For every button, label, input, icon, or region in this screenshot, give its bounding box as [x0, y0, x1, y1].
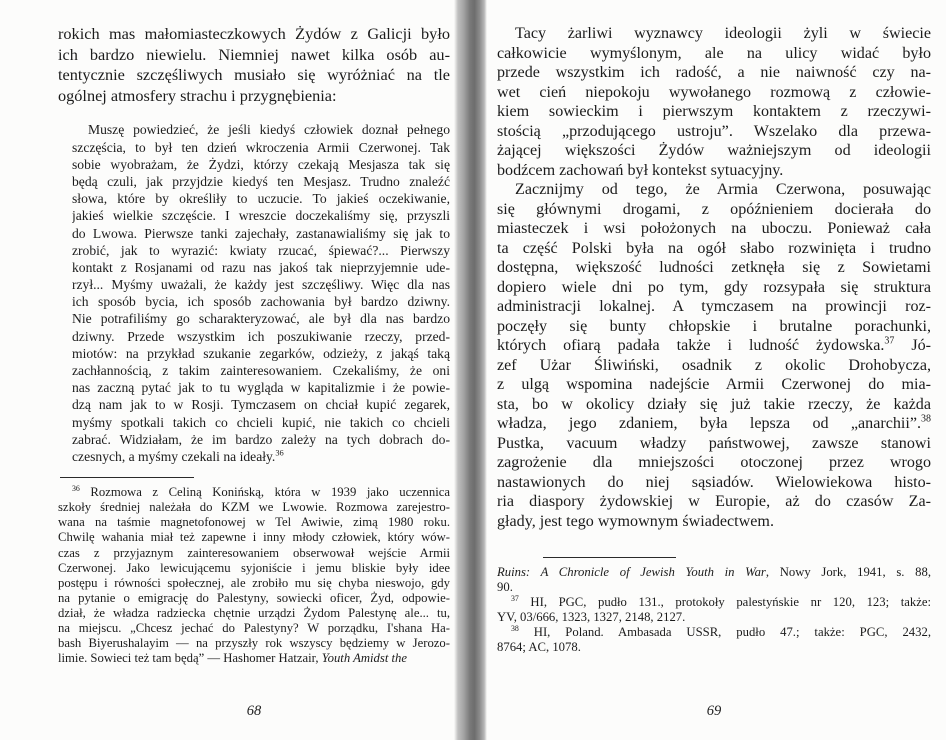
footnote-36: 36 Rozmowa z Celiną Konińską, która w 19…: [58, 485, 450, 666]
body-paragraph: rokich mas małomiasteczkowych Żydów z Ga…: [58, 24, 450, 106]
text-line: z ulgą wspomina nadejście Armii Czerwone…: [497, 375, 931, 395]
text-line: głady, jest tego wymownym świadectwem.: [497, 512, 931, 532]
text-line: zrobić, jak to wyrazić: kwiaty rzucać, ś…: [72, 242, 450, 259]
text-line: ta część Polski była na ogół słabo rozwi…: [497, 239, 931, 259]
text-line: ich sposób bycia, ich sposób zachowania …: [72, 293, 450, 310]
text-line: administracji lokalnej. A tymczasem na p…: [497, 297, 931, 317]
text-line: szczęścia, to był ten dzień wkroczenia A…: [72, 139, 450, 156]
text-line: ich bardzo niewielu. Niemniej nawet kilk…: [58, 45, 450, 66]
text-line: dopiero wiele dni po tym, gdy rozsypała …: [497, 278, 931, 298]
text-line: Pustka, vacuum władzy państwowej, zawsze…: [497, 434, 931, 454]
page-number-left: 68: [58, 703, 450, 720]
footnote-38: 38 HI, Poland. Ambasada USSR, pudło 47.;…: [497, 625, 931, 655]
page-number-right: 69: [497, 703, 931, 720]
text-line: nastawionych do niej sąsiadów. Wielowiek…: [497, 473, 931, 493]
text-line: nas zaczną pytać jak to tu wygląda w kap…: [72, 379, 450, 396]
text-line: zabrać. Widziałam, że im bardzo zależy n…: [72, 431, 450, 448]
text-line: przede wszystkim ich radość, a nie naiwn…: [497, 63, 931, 83]
text-line: czas z przyjaznym zainteresowaniem obser…: [58, 546, 450, 561]
text-line: tentycznie szczęśliwych musiało się wyró…: [58, 65, 450, 86]
footnote-rule: [60, 477, 194, 478]
text-line: bodźcem zachowań był kontekst sytuacyjny…: [497, 161, 931, 181]
text-line: zagrożenie dla mniejszości otoczonej prz…: [497, 453, 931, 473]
text-line: Nie potrafiliśmy go scharakteryzować, al…: [72, 310, 450, 327]
text-line: na pytanie o emigrację do Palestyny, sow…: [58, 591, 450, 606]
text-line: Ruins: A Chronicle of Jewish Youth in Wa…: [497, 565, 931, 580]
text-line: dziwny. Przede wszystkim ich poszukiwani…: [72, 328, 450, 345]
text-line: się głównymi drogami, z opóźnieniem doci…: [497, 200, 931, 220]
text-line: słowa, które by określiły to uczucie. To…: [72, 190, 450, 207]
text-line: żającej większości Żydów ważniejszym od …: [497, 141, 931, 161]
footnote-36-continued: Ruins: A Chronicle of Jewish Youth in Wa…: [497, 565, 931, 595]
text-line: będą czuli, jak przyjdzie kiedyś ten Mes…: [72, 173, 450, 190]
book-gutter-shadow: [454, 0, 487, 740]
text-line: dostępna, większość ludności zetknęła si…: [497, 258, 931, 278]
text-line: czesnych, a myśmy czekali na ideały.36: [72, 448, 450, 465]
text-line: dzą nam jak to w Rosji. Tymczasem on chc…: [72, 396, 450, 413]
text-line: szkoły średniej należała do KZM we Lwowi…: [58, 500, 450, 515]
text-line: do Lwowa. Pierwsze tanki zajechały, zast…: [72, 225, 450, 242]
text-line: Muszę powiedzieć, że jeśli kiedyś człowi…: [72, 121, 450, 138]
text-line: myśmy spotkali takich co chcieli kupić, …: [72, 414, 450, 431]
text-line: 38 HI, Poland. Ambasada USSR, pudło 47.;…: [497, 625, 931, 640]
text-line: poczęły się bunty chłopskie i brutalne p…: [497, 317, 931, 337]
text-line: sta, bo w okolicy działy się już takie r…: [497, 395, 931, 415]
text-line: dział, że władza radziecka chętnie urząd…: [58, 606, 450, 621]
text-line: Zacznijmy od tego, że Armia Czerwona, po…: [497, 180, 931, 200]
text-line: postępu i równości społecznej, ale zrobi…: [58, 576, 450, 591]
text-line: których ofiarą padała także i ludność ży…: [497, 336, 931, 356]
text-line: rokich mas małomiasteczkowych Żydów z Ga…: [58, 24, 450, 45]
text-line: miasteczek i wsi położonych na uboczu. P…: [497, 219, 931, 239]
text-line: kontakt z Rosjanami od razu nas jakoś ta…: [72, 259, 450, 276]
text-line: miotów: na przykład szukanie zegarków, o…: [72, 345, 450, 362]
text-line: ria diaspory żydowskiej w Europie, aż do…: [497, 492, 931, 512]
text-line: 36 Rozmowa z Celiną Konińską, która w 19…: [58, 485, 450, 500]
text-line: bash Biyerushalayim — na przyszły rok ws…: [58, 636, 450, 651]
text-line: wana na taśmie magnetofonowej w Tel Awiw…: [58, 515, 450, 530]
text-line: sobie wyobrażam, że Żydzi, którzy czekaj…: [72, 156, 450, 173]
text-line: Czerwonej. Jako lewicującemu syjoniście …: [58, 561, 450, 576]
text-line: 90.: [497, 580, 931, 595]
footnote-rule: [543, 557, 676, 558]
footnote-37: 37 HI, PGC, pudło 131., protokoły palest…: [497, 595, 931, 625]
text-line: limie. Sowieci też tam będą” — Hashomer …: [58, 651, 450, 666]
text-line: ogólnej atmosfery strachu i przygnębieni…: [58, 86, 450, 107]
body-paragraph: Tacy żarliwi wyznawcy ideologii żyli w ś…: [497, 24, 931, 180]
text-line: jakieś wielkie szczęście. I wreszcie doc…: [72, 207, 450, 224]
text-line: stością „przodującego ustroju”. Wszelako…: [497, 122, 931, 142]
text-line: całkowicie wymyślonym, ale na ulicy wida…: [497, 44, 931, 64]
page-left: rokich mas małomiasteczkowych Żydów z Ga…: [58, 24, 450, 740]
text-line: Tacy żarliwi wyznawcy ideologii żyli w ś…: [497, 24, 931, 44]
text-line: na miejscu. „Chcesz jechać do Palestyny?…: [58, 621, 450, 636]
text-line: zef Użar Śliwiński, osadnik z okolic Dro…: [497, 356, 931, 376]
book-scan: rokich mas małomiasteczkowych Żydów z Ga…: [0, 0, 946, 740]
text-line: władza, jego zdaniem, była lepsza od „an…: [497, 414, 931, 434]
text-line: wet cień niepokoju wywołanego rozmową z …: [497, 83, 931, 103]
text-line: 37 HI, PGC, pudło 131., protokoły palest…: [497, 595, 931, 610]
text-line: zachłannością, z takim zainteresowaniem.…: [72, 362, 450, 379]
text-line: 8764; AC, 1078.: [497, 640, 931, 655]
body-paragraph: Zacznijmy od tego, że Armia Czerwona, po…: [497, 180, 931, 531]
block-quote: Muszę powiedzieć, że jeśli kiedyś człowi…: [72, 121, 450, 465]
text-line: kiem sowieckim i pierwszym kontaktem z r…: [497, 102, 931, 122]
page-right: Tacy żarliwi wyznawcy ideologii żyli w ś…: [497, 24, 931, 740]
text-line: rzył... Myśmy uważali, że każdy jest szc…: [72, 276, 450, 293]
text-line: Chwilę wahania miał też zapewne i inny m…: [58, 530, 450, 545]
text-line: YV, 03/666, 1323, 1327, 2148, 2127.: [497, 610, 931, 625]
